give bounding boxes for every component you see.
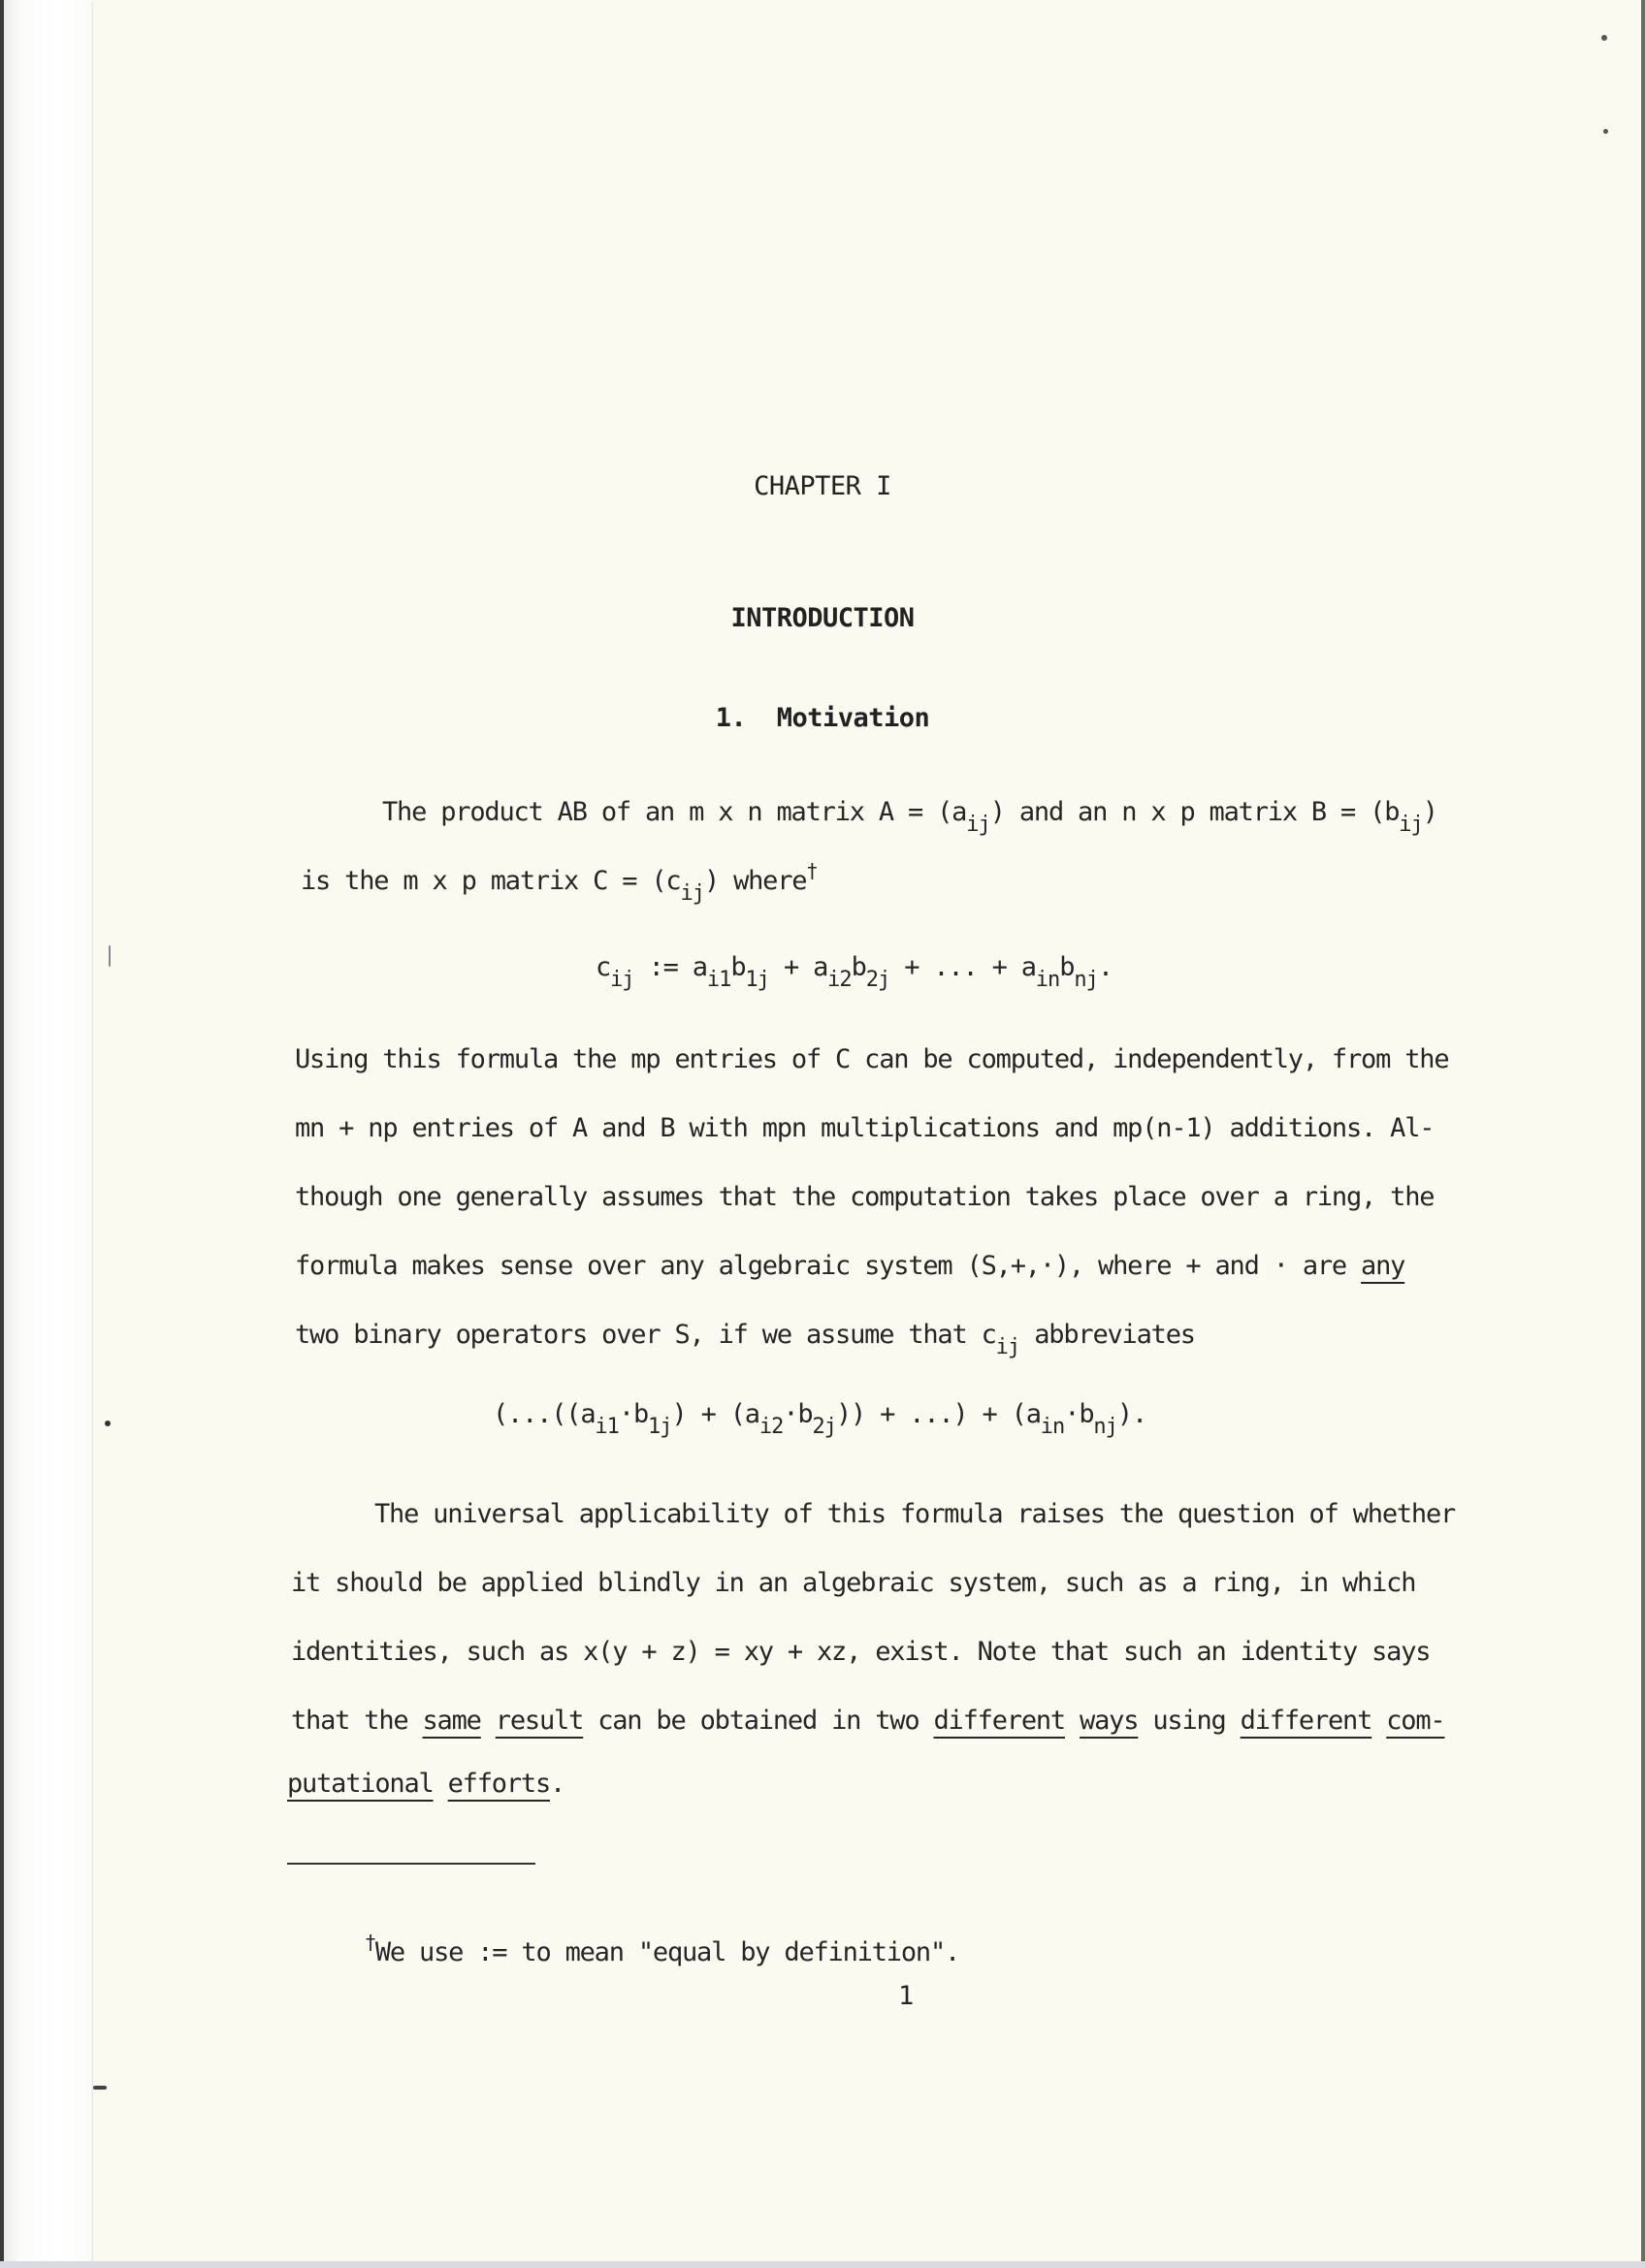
- eq-term: ·b: [619, 1399, 648, 1429]
- scan-speck: [93, 2086, 107, 2090]
- subscript: i1: [595, 1415, 619, 1439]
- section-number: 1.: [716, 703, 747, 733]
- underlined-text: ways: [1080, 1706, 1138, 1736]
- scan-speck: [1603, 129, 1608, 134]
- subscript: ij: [996, 1335, 1020, 1359]
- text-run: [481, 1706, 496, 1736]
- paragraph-1-line-1: The product AB of an m x n matrix A = (a…: [382, 797, 1437, 827]
- scan-left-margin: [0, 0, 93, 2268]
- paragraph-2-line-1: Using this formula the mp entries of C c…: [295, 1044, 1448, 1074]
- scan-speck: [1601, 35, 1607, 41]
- footnote-mark: †: [806, 859, 817, 882]
- eq-term: ·b: [1064, 1399, 1093, 1429]
- paragraph-3-line-3: identities, such as x(y + z) = xy + xz, …: [291, 1637, 1430, 1667]
- footnote-mark: †: [365, 1931, 375, 1954]
- footnote-text: We use := to mean "equal by definition".: [375, 1937, 959, 1967]
- text-run: formula makes sense over any algebraic s…: [295, 1251, 1361, 1281]
- eq-term: b: [730, 952, 745, 982]
- eq-term: ·b: [783, 1399, 812, 1429]
- paragraph-2-line-4: formula makes sense over any algebraic s…: [295, 1251, 1404, 1281]
- section-heading: 1. Motivation: [0, 703, 1645, 733]
- scan-bottom-edge: [0, 2261, 1645, 2268]
- scan-speck: [105, 1421, 111, 1426]
- subscript: ij: [966, 813, 990, 837]
- text-run: [1065, 1706, 1080, 1736]
- subscript: i2: [759, 1415, 784, 1439]
- footnote: †We use := to mean "equal by definition"…: [365, 1937, 959, 1967]
- subscript: 1j: [745, 968, 769, 992]
- text-run: ) and an n x p matrix B = (b: [990, 797, 1400, 827]
- equation-1: cij := ai1b1j + ai2b2j + ... + ainbnj.: [596, 952, 1113, 982]
- text-run: can be obtained in two: [583, 1706, 933, 1736]
- eq-term: + ... + a: [889, 952, 1036, 982]
- paragraph-1-line-2: is the m x p matrix C = (cij) where†: [301, 866, 817, 896]
- underlined-text: com-: [1386, 1706, 1444, 1736]
- eq-term: (...((a: [493, 1399, 595, 1429]
- text-run: abbreviates: [1019, 1320, 1195, 1350]
- paragraph-3-line-4: that the same result can be obtained in …: [291, 1706, 1444, 1736]
- eq-term: ) + (a: [672, 1399, 759, 1429]
- subscript: nj: [1074, 968, 1098, 992]
- subscript: 1j: [648, 1415, 672, 1439]
- subscript: ij: [680, 881, 704, 906]
- subscript: in: [1036, 968, 1060, 992]
- text-run: ): [1423, 797, 1437, 827]
- text-run: The product AB of an m x n matrix A = (a: [382, 797, 966, 827]
- footnote-separator: [287, 1863, 535, 1865]
- chapter-title: INTRODUCTION: [0, 603, 1645, 633]
- underlined-text: same: [423, 1706, 481, 1736]
- underlined-text: putational: [287, 1769, 434, 1799]
- eq-term: .: [1098, 952, 1113, 982]
- underlined-text: different: [933, 1706, 1065, 1736]
- eq-term: ).: [1117, 1399, 1146, 1429]
- text-run: two binary operators over S, if we assum…: [295, 1320, 996, 1350]
- subscript: i1: [707, 968, 731, 992]
- subscript: in: [1041, 1415, 1065, 1439]
- scan-left-edge: [0, 0, 4, 2268]
- eq-term: c: [596, 952, 610, 982]
- text-run: that the: [291, 1706, 423, 1736]
- eq-term: := a: [634, 952, 707, 982]
- text-run: using: [1138, 1706, 1240, 1736]
- chapter-label: CHAPTER I: [0, 471, 1645, 501]
- eq-term: b: [1059, 952, 1074, 982]
- subscript: ij: [610, 968, 634, 992]
- paragraph-2-line-3: though one generally assumes that the co…: [295, 1182, 1434, 1212]
- eq-term: + a: [769, 952, 827, 982]
- paragraph-2-line-2: mn + np entries of A and B with mpn mult…: [295, 1113, 1434, 1143]
- underlined-text: efforts: [448, 1769, 550, 1799]
- eq-term: )) + ...) + (a: [836, 1399, 1041, 1429]
- underlined-text: any: [1361, 1251, 1404, 1281]
- section-title: Motivation: [777, 703, 930, 733]
- subscript: i2: [827, 968, 852, 992]
- text-run: [1371, 1706, 1386, 1736]
- subscript: nj: [1093, 1415, 1117, 1439]
- equation-2: (...((ai1·b1j) + (ai2·b2j)) + ...) + (ai…: [493, 1399, 1146, 1429]
- text-run: .: [550, 1769, 564, 1799]
- text-run: ) where: [704, 866, 806, 896]
- paragraph-3-line-1: The universal applicability of this form…: [374, 1499, 1455, 1529]
- underlined-text: different: [1241, 1706, 1372, 1736]
- paragraph-3-line-2: it should be applied blindly in an algeb…: [291, 1568, 1415, 1598]
- paragraph-3-line-5: putational efforts.: [287, 1769, 564, 1799]
- text-run: [434, 1769, 448, 1799]
- subscript: ij: [1399, 813, 1423, 837]
- subscript: 2j: [812, 1415, 836, 1439]
- scan-speck: [109, 945, 111, 967]
- page-number: 1: [898, 1981, 913, 2011]
- subscript: 2j: [866, 968, 890, 992]
- paragraph-2-line-5: two binary operators over S, if we assum…: [295, 1320, 1195, 1350]
- scan-right-edge: [1641, 0, 1645, 2268]
- underlined-text: result: [496, 1706, 583, 1736]
- text-run: is the m x p matrix C = (c: [301, 866, 680, 896]
- eq-term: b: [852, 952, 866, 982]
